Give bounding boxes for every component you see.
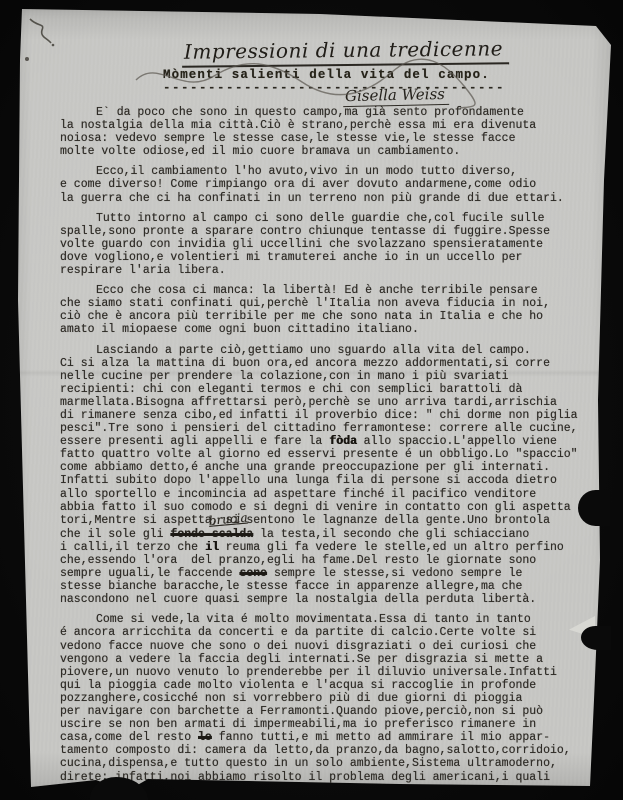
struck-text: lo <box>198 731 212 744</box>
paragraph: Tutto intorno al campo ci sono delle gua… <box>60 212 608 277</box>
struck-text: fonde-scalda <box>170 528 253 541</box>
paragraph: E` da poco che sono in questo campo,ma g… <box>60 106 608 158</box>
right-edge-tear <box>581 626 611 650</box>
overstruck-word: fòda <box>329 435 357 448</box>
paragraph: Ecco che cosa ci manca: la libertà! Ed è… <box>60 284 608 336</box>
overstruck-word: il <box>205 541 219 554</box>
typed-text: allo spaccio.L'appello viene fatto quatt… <box>60 435 578 541</box>
paragraph: Ecco,il cambiamento l'ho avuto,vivo in u… <box>60 165 608 204</box>
right-edge-tear <box>578 490 610 526</box>
typed-text: Come si vede,la vita é molto movimentata… <box>60 613 557 744</box>
typed-text: E` da poco che sono in questo campo,ma g… <box>60 106 536 158</box>
typed-text: Tutto intorno al campo ci sono delle gua… <box>60 212 550 277</box>
typed-text: Ecco che cosa ci manca: la libertà! Ed è… <box>60 284 550 336</box>
typed-text: Ecco,il cambiamento l'ho avuto,vivo in u… <box>60 165 564 204</box>
scan-background: Impressioni di una tredicenne Mòmenti sa… <box>0 0 623 800</box>
paragraph: Come si vede,la vita é molto movimentata… <box>60 613 608 783</box>
typed-text: Lasciando a parte ciò,gettiamo uno sguar… <box>60 344 578 449</box>
struck-text: sono <box>239 567 267 580</box>
paper-sheet: Impressioni di una tredicenne Mòmenti sa… <box>0 0 623 800</box>
document-body: E` da poco che sono in questo campo,ma g… <box>60 106 608 791</box>
ink-squiggle <box>26 16 66 50</box>
paragraph: Lasciando a parte ciò,gettiamo uno sguar… <box>60 344 608 607</box>
ink-speck <box>25 57 29 61</box>
